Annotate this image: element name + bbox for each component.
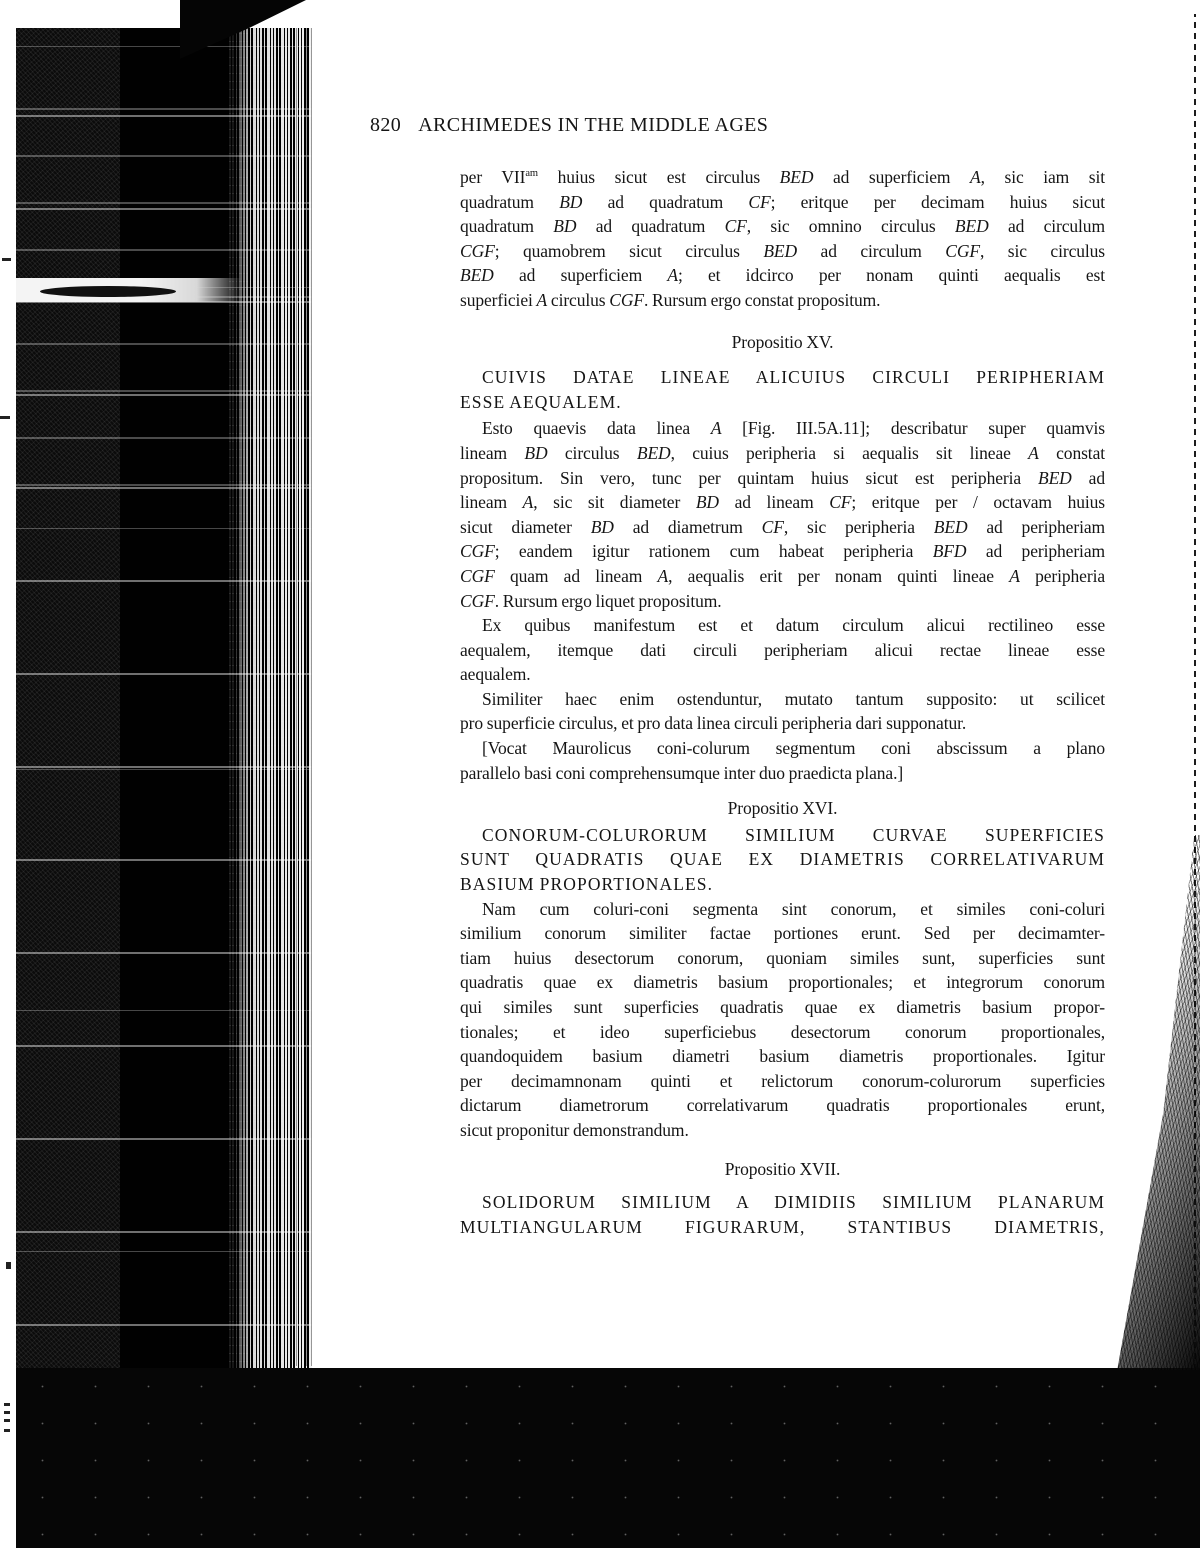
line-text: MULTIANGULARUM FIGURARUM, STANTIBUS DIAM… bbox=[460, 1215, 1105, 1240]
line-text: pro superficie circulus, et pro data lin… bbox=[460, 711, 1105, 736]
binding-gutter-shadow bbox=[16, 28, 312, 1370]
page-number: 820 bbox=[370, 114, 401, 137]
line-text: similium conorum similiter factae portio… bbox=[460, 921, 1105, 946]
line-text: BASIUM PROPORTIONALES. bbox=[460, 872, 1105, 897]
line-text: lineam A, sic sit diameter BD ad lineam … bbox=[460, 490, 1105, 515]
text-line: ESSE AEQUALEM. bbox=[460, 390, 1105, 415]
line-text: aequalem, itemque dati circuli peripheri… bbox=[460, 638, 1105, 663]
paragraph: per VIIam huius sicut est circulus BED a… bbox=[460, 165, 1105, 313]
line-text: ESSE AEQUALEM. bbox=[460, 390, 1105, 415]
line-text: aequalem. bbox=[460, 662, 1105, 687]
text-line: aequalem. bbox=[460, 662, 1105, 687]
text-line: tiam huius desectorum conorum, quoniam s… bbox=[460, 946, 1105, 971]
line-text: tiam huius desectorum conorum, quoniam s… bbox=[460, 946, 1105, 971]
line-text: [Vocat Maurolicus coni-colurum segmentum… bbox=[460, 736, 1105, 761]
paragraph: [Vocat Maurolicus coni-colurum segmentum… bbox=[460, 736, 1105, 785]
running-head: 820ARCHIMEDES IN THE MIDDLE AGES bbox=[370, 114, 768, 137]
paragraph: Esto quaevis data linea A [Fig. III.5A.1… bbox=[460, 416, 1105, 613]
line-text: Similiter haec enim ostenduntur, mutato … bbox=[460, 687, 1105, 712]
text-line: SUNT QUADRATIS QUAE EX DIAMETRIS CORRELA… bbox=[460, 847, 1105, 872]
paragraph: Ex quibus manifestum est et datum circul… bbox=[460, 613, 1105, 687]
text-line: sicut diameter BD ad diametrum CF, sic p… bbox=[460, 515, 1105, 540]
line-text: CGF; eandem igitur rationem cum habeat p… bbox=[460, 539, 1105, 564]
text-line: pro superficie circulus, et pro data lin… bbox=[460, 711, 1105, 736]
text-line: [Vocat Maurolicus coni-colurum segmentum… bbox=[460, 736, 1105, 761]
proposition-heading: Propositio XV. bbox=[460, 330, 1105, 355]
proposition-heading: Propositio XVI. bbox=[460, 796, 1105, 821]
paragraph: 5Nam cum coluri-coni segmenta sint conor… bbox=[460, 897, 1105, 1143]
line-text: sicut diameter BD ad diametrum CF, sic p… bbox=[460, 515, 1105, 540]
running-title: ARCHIMEDES IN THE MIDDLE AGES bbox=[418, 114, 768, 136]
page-edge-stripes-tail bbox=[296, 28, 312, 1366]
line-text: quandoquidem basium diametri basium diam… bbox=[460, 1044, 1105, 1069]
text-line: propositum. Sin vero, tunc per quintam h… bbox=[460, 466, 1105, 491]
text-line: qui similes sunt superficies quadratis q… bbox=[460, 995, 1105, 1020]
text-column: per VIIam huius sicut est circulus BED a… bbox=[460, 165, 1105, 1239]
text-line: 5Nam cum coluri-coni segmenta sint conor… bbox=[460, 897, 1105, 922]
text-line: superficiei A circulus CGF. Rursum ergo … bbox=[460, 288, 1105, 313]
line-text: parallelo basi coni comprehensumque inte… bbox=[460, 761, 1105, 786]
text-line: CGF; eandem igitur rationem cum habeat p… bbox=[460, 539, 1105, 564]
scanned-book-page: 820ARCHIMEDES IN THE MIDDLE AGES per VII… bbox=[0, 0, 1200, 1552]
text-line: CGF. Rursum ergo liquet propositum. bbox=[460, 589, 1105, 614]
text-line: similium conorum similiter factae portio… bbox=[460, 921, 1105, 946]
text-line: CUIVIS DATAE LINEAE ALICUIUS CIRCULI PER… bbox=[460, 365, 1105, 390]
paragraph: 15Similiter haec enim ostenduntur, mutat… bbox=[460, 687, 1105, 736]
text-line: MULTIANGULARUM FIGURARUM, STANTIBUS DIAM… bbox=[460, 1215, 1105, 1240]
text-line: 5lineam BD circulus BED, cuius peripheri… bbox=[460, 441, 1105, 466]
line-text: dictarum diametrorum correlativarum quad… bbox=[460, 1093, 1105, 1118]
paragraph: CUIVIS DATAE LINEAE ALICUIUS CIRCULI PER… bbox=[460, 365, 1105, 414]
text-line: dictarum diametrorum correlativarum quad… bbox=[460, 1093, 1105, 1118]
text-line: SOLIDORUM SIMILIUM A DIMIDIIS SIMILIUM P… bbox=[460, 1190, 1105, 1215]
line-text: CUIVIS DATAE LINEAE ALICUIUS CIRCULI PER… bbox=[460, 365, 1105, 390]
line-text: BED ad superficiem A; et idcirco per non… bbox=[460, 263, 1105, 288]
line-text: CONORUM-COLURORUM SIMILIUM CURVAE SUPERF… bbox=[460, 823, 1105, 848]
line-text: propositum. Sin vero, tunc per quintam h… bbox=[460, 466, 1105, 491]
line-text: CGF. Rursum ergo liquet propositum. bbox=[460, 589, 1105, 614]
line-text: tionales; et ideo superficiebus desector… bbox=[460, 1020, 1105, 1045]
line-text: per decimamnonam quinti et relictorum co… bbox=[460, 1069, 1105, 1094]
line-text: per VIIam huius sicut est circulus BED a… bbox=[460, 165, 1105, 190]
scan-speck bbox=[0, 416, 10, 419]
text-line: 9lineam A, sic sit diameter BD ad lineam… bbox=[460, 490, 1105, 515]
line-text: Esto quaevis data linea A [Fig. III.5A.1… bbox=[460, 416, 1105, 441]
text-line: quadratum BD ad quadratum CF, sic omnino… bbox=[460, 214, 1105, 239]
scan-speck bbox=[6, 1262, 11, 1269]
paragraph: CONORUM-COLURORUM SIMILIUM CURVAE SUPERF… bbox=[460, 823, 1105, 897]
text-line: BED ad superficiem A; et idcirco per non… bbox=[460, 263, 1105, 288]
text-line: BASIUM PROPORTIONALES. bbox=[460, 872, 1105, 897]
text-line: parallelo basi coni comprehensumque inte… bbox=[460, 761, 1105, 786]
text-line: 15Similiter haec enim ostenduntur, mutat… bbox=[460, 687, 1105, 712]
text-line: quadratis quae ex diametris basium propo… bbox=[460, 970, 1105, 995]
text-line: sicut proponitur demonstrandum. bbox=[460, 1118, 1105, 1143]
scan-speckle-dots bbox=[16, 1368, 1200, 1548]
gutter-white-streak-band bbox=[16, 278, 242, 302]
scan-speck bbox=[4, 1403, 10, 1406]
text-line: 10tionales; et ideo superficiebus desect… bbox=[460, 1020, 1105, 1045]
line-text: quadratum BD ad quadratum CF, sic omnino… bbox=[460, 214, 1105, 239]
text-line: CONORUM-COLURORUM SIMILIUM CURVAE SUPERF… bbox=[460, 823, 1105, 848]
line-text: SUNT QUADRATIS QUAE EX DIAMETRIS CORRELA… bbox=[460, 847, 1105, 872]
paragraph: SOLIDORUM SIMILIUM A DIMIDIIS SIMILIUM P… bbox=[460, 1190, 1105, 1239]
line-text: Nam cum coluri-coni segmenta sint conoru… bbox=[460, 897, 1105, 922]
text-line: quadratum BD ad quadratum CF; eritque pe… bbox=[460, 190, 1105, 215]
line-text: sicut proponitur demonstrandum. bbox=[460, 1118, 1105, 1143]
text-line: 10CGF; quamobrem sicut circulus BED ad c… bbox=[460, 239, 1105, 264]
scan-speck bbox=[2, 258, 11, 261]
text-line: aequalem, itemque dati circuli peripheri… bbox=[460, 638, 1105, 663]
line-text: superficiei A circulus CGF. Rursum ergo … bbox=[460, 288, 1105, 313]
line-text: lineam BD circulus BED, cuius peripheria… bbox=[460, 441, 1105, 466]
text-line: 10CGF quam ad lineam A, aequalis erit pe… bbox=[460, 564, 1105, 589]
text-line: quandoquidem basium diametri basium diam… bbox=[460, 1044, 1105, 1069]
gutter-dark-blob bbox=[40, 286, 176, 297]
line-text: Ex quibus manifestum est et datum circul… bbox=[460, 613, 1105, 638]
text-line: Esto quaevis data linea A [Fig. III.5A.1… bbox=[460, 416, 1105, 441]
text-line: per VIIam huius sicut est circulus BED a… bbox=[460, 165, 1105, 190]
line-text: CGF quam ad lineam A, aequalis erit per … bbox=[460, 564, 1105, 589]
line-text: SOLIDORUM SIMILIUM A DIMIDIIS SIMILIUM P… bbox=[460, 1190, 1105, 1215]
line-text: qui similes sunt superficies quadratis q… bbox=[460, 995, 1105, 1020]
proposition-heading: Propositio XVII. bbox=[460, 1157, 1105, 1182]
bottom-scan-band bbox=[16, 1368, 1200, 1548]
line-text: quadratum BD ad quadratum CF; eritque pe… bbox=[460, 190, 1105, 215]
line-text: quadratis quae ex diametris basium propo… bbox=[460, 970, 1105, 995]
text-line: per decimamnonam quinti et relictorum co… bbox=[460, 1069, 1105, 1094]
text-line: Ex quibus manifestum est et datum circul… bbox=[460, 613, 1105, 638]
line-text: CGF; quamobrem sicut circulus BED ad cir… bbox=[460, 239, 1105, 264]
